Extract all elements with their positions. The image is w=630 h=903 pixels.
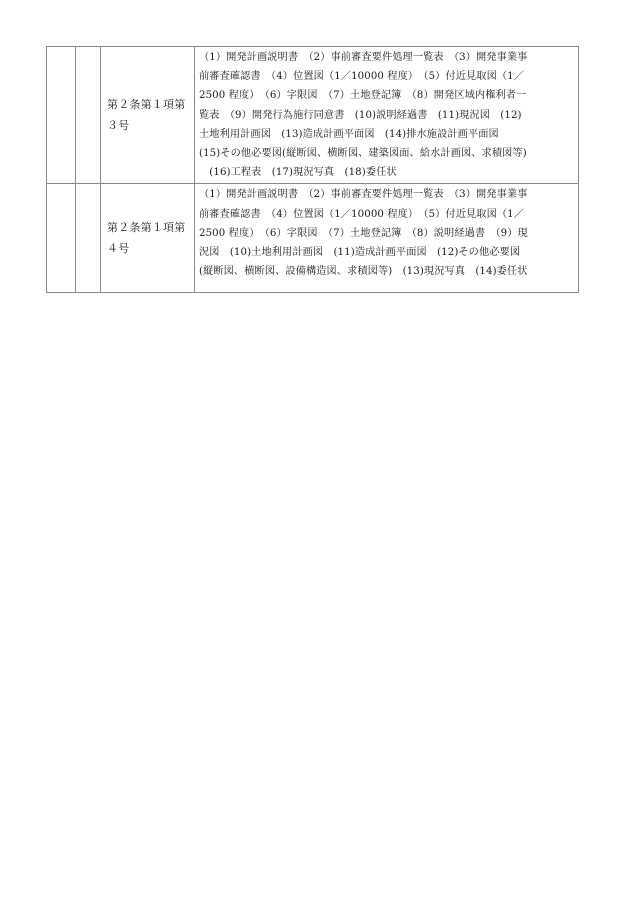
table-row: 第２条第１項第 ４号 （1）開発計画説明書 （2）事前審査要件処理一覧表 （3）…: [47, 184, 579, 293]
empty-cell-b: [76, 184, 101, 293]
empty-cell-a: [47, 47, 76, 184]
document-list-line: （1）開発計画説明書 （2）事前審査要件処理一覧表 （3）開発事業事: [199, 185, 575, 204]
document-list-line: 前審査確認書 （4）位置図（1／10000 程度） （5）付近見取図（1／: [199, 205, 575, 224]
clause-line: ３号: [107, 115, 190, 136]
required-documents-table: 第２条第１項第 ３号 （1）開発計画説明書 （2）事前審査要件処理一覧表 （3）…: [46, 46, 579, 293]
document-list-line: （1）開発計画説明書 （2）事前審査要件処理一覧表 （3）開発事業事: [199, 48, 575, 67]
required-documents-cell: （1）開発計画説明書 （2）事前審査要件処理一覧表 （3）開発事業事 前審査確認…: [195, 47, 579, 184]
clause-line: ４号: [107, 238, 190, 259]
document-list-line: 土地利用計画図 (13)造成計画平面図 (14)排水施設計画平面図: [199, 125, 575, 144]
clause-cell: 第２条第１項第 ３号: [101, 47, 195, 184]
required-documents-cell: （1）開発計画説明書 （2）事前審査要件処理一覧表 （3）開発事業事 前審査確認…: [195, 184, 579, 293]
clause-line: 第２条第１項第: [107, 217, 190, 238]
empty-cell-b: [76, 47, 101, 184]
document-list-line: (15)その他必要図(縦断図、横断図、建築図面、給水計画図、求積図等): [199, 144, 575, 163]
document-list-line: (16)工程表 (17)現況写真 (18)委任状: [199, 163, 575, 182]
table-row: 第２条第１項第 ３号 （1）開発計画説明書 （2）事前審査要件処理一覧表 （3）…: [47, 47, 579, 184]
clause-line: 第２条第１項第: [107, 94, 190, 115]
document-list-line: 況図 (10)土地利用計画図 (11)造成計画平面図 (12)その他必要図: [199, 243, 575, 262]
clause-cell: 第２条第１項第 ４号: [101, 184, 195, 293]
document-list-line: 2500 程度） （6）字限図 （7）土地登記簿 （8）開発区域内権利者一: [199, 86, 575, 105]
document-list-line: 前審査確認書 （4）位置図（1／10000 程度） （5）付近見取図（1／: [199, 67, 575, 86]
document-list-line: 2500 程度） （6）字限図 （7）土地登記簿 （8）説明経過書 （9）現: [199, 224, 575, 243]
document-list-line: 覧表 （9）開発行為施行同意書 (10)説明経過書 (11)現況図 (12): [199, 106, 575, 125]
empty-cell-a: [47, 184, 76, 293]
document-list-line: (縦断図、横断図、設備構造図、求積図等) (13)現況写真 (14)委任状: [199, 262, 575, 281]
